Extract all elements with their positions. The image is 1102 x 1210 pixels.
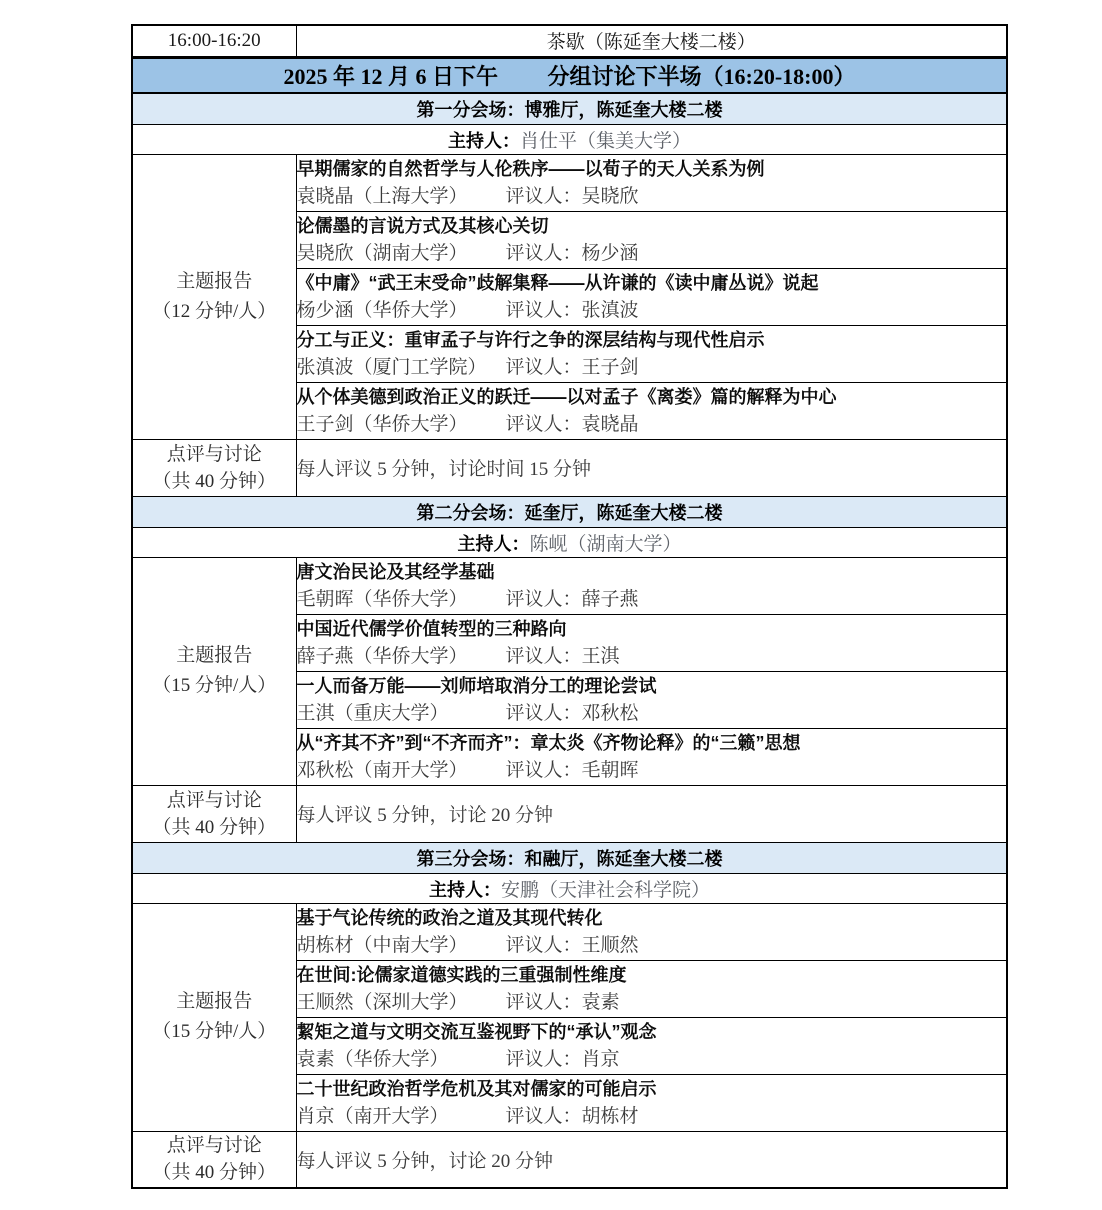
talk-title: 一人而备万能——刘师培取消分工的理论尝试 [297,673,1007,700]
discussion-row: 点评与讨论 （共 40 分钟） 每人评议 5 分钟，讨论时间 15 分钟 [132,439,1007,496]
session-2-role-cell: 主题报告 （15 分钟/人） [132,557,296,785]
schedule-table: 16:00-16:20 茶歇（陈延奎大楼二楼） 2025 年 12 月 6 日下… [131,24,1008,1189]
talk-reviewer: 评议人：肖京 [506,1046,1007,1073]
talk-cell: 从“齐其不齐”到“不齐而齐”：章太炎《齐物论释》的“三籁”思想 邓秋松（南开大学… [296,728,1007,785]
talk-reviewer: 评议人：杨少涵 [506,240,1007,267]
discussion-label-cell: 点评与讨论 （共 40 分钟） [132,785,296,842]
discussion-row: 点评与讨论 （共 40 分钟） 每人评议 5 分钟，讨论 20 分钟 [132,1131,1007,1188]
talk-speaker: 薛子燕（华侨大学） [297,643,506,670]
talk-reviewer: 评议人：张滇波 [506,297,1007,324]
role-sub: （15 分钟/人） [133,1017,296,1047]
session-3-role-cell: 主题报告 （15 分钟/人） [132,903,296,1131]
talk-reviewer: 评议人：袁素 [506,989,1007,1016]
talk-reviewer: 评议人：王淇 [506,643,1007,670]
role-label: 主题报告 [133,641,296,671]
session-2-header: 第二分会场：延奎厅，陈延奎大楼二楼 [132,496,1007,527]
session-1-moderator-row: 主持人：肖仕平（集美大学） [132,124,1007,154]
discussion-sub: （共 40 分钟） [133,468,296,495]
discussion-sub: （共 40 分钟） [133,1159,296,1186]
talk-title: 二十世纪政治哲学危机及其对儒家的可能启示 [297,1076,1007,1103]
role-label: 主题报告 [133,267,296,297]
talk-title: 早期儒家的自然哲学与人伦秩序——以荀子的天人关系为例 [297,156,1007,183]
talk-speaker: 邓秋松（南开大学） [297,757,506,784]
tea-break-label: 茶歇（陈延奎大楼二楼） [296,25,1007,57]
discussion-note: 每人评议 5 分钟，讨论 20 分钟 [296,785,1007,842]
tea-break-row: 16:00-16:20 茶歇（陈延奎大楼二楼） [132,25,1007,57]
talk-reviewer: 评议人：毛朝晖 [506,757,1007,784]
talk-title: 从“齐其不齐”到“不齐而齐”：章太炎《齐物论释》的“三籁”思想 [297,730,1007,757]
discussion-label: 点评与讨论 [133,441,296,468]
tea-break-time: 16:00-16:20 [132,25,296,57]
talk-speaker: 毛朝晖（华侨大学） [297,586,506,613]
session-3-header-row: 第三分会场：和融厅，陈延奎大楼二楼 [132,842,1007,873]
talk-speaker: 肖京（南开大学） [297,1103,506,1130]
role-sub: （12 分钟/人） [133,297,296,327]
session-2-header-row: 第二分会场：延奎厅，陈延奎大楼二楼 [132,496,1007,527]
talk-title: 分工与正义：重审孟子与许行之争的深层结构与现代性启示 [297,327,1007,354]
discussion-label: 点评与讨论 [133,1132,296,1159]
talk-cell: 二十世纪政治哲学危机及其对儒家的可能启示 肖京（南开大学）评议人：胡栋材 [296,1074,1007,1131]
talk-title: 《中庸》“武王末受命”歧解集释——从许谦的《读中庸丛说》说起 [297,270,1007,297]
talk-cell: 中国近代儒学价值转型的三种路向 薛子燕（华侨大学）评议人：王淇 [296,614,1007,671]
talk-row: 主题报告 （15 分钟/人） 基于气论传统的政治之道及其现代转化 胡栋材（中南大… [132,903,1007,960]
talk-reviewer: 评议人：王顺然 [506,932,1007,959]
moderator-label: 主持人： [457,534,529,554]
talk-reviewer: 评议人：王子剑 [506,354,1007,381]
talk-title: 论儒墨的言说方式及其核心关切 [297,213,1007,240]
talk-speaker: 王顺然（深圳大学） [297,989,506,1016]
talk-speaker: 张滇波（厦门工学院） [297,354,506,381]
talk-title: 絜矩之道与文明交流互鉴视野下的“承认”观念 [297,1019,1007,1046]
talk-cell: 从个体美德到政治正义的跃迁——以对孟子《离娄》篇的解释为中心 王子剑（华侨大学）… [296,382,1007,439]
talk-title: 中国近代儒学价值转型的三种路向 [297,616,1007,643]
session-3-header: 第三分会场：和融厅，陈延奎大楼二楼 [132,842,1007,873]
talk-cell: 唐文治民论及其经学基础 毛朝晖（华侨大学）评议人：薛子燕 [296,557,1007,614]
talk-cell: 在世间:论儒家道德实践的三重强制性维度 王顺然（深圳大学）评议人：袁素 [296,960,1007,1017]
talk-reviewer: 评议人：薛子燕 [506,586,1007,613]
session-2-moderator-row: 主持人：陈岘（湖南大学） [132,527,1007,557]
moderator-label: 主持人： [429,880,501,900]
discussion-sub: （共 40 分钟） [133,814,296,841]
talk-title: 基于气论传统的政治之道及其现代转化 [297,905,1007,932]
session-1-header-row: 第一分会场：博雅厅，陈延奎大楼二楼 [132,93,1007,124]
moderator-name: 肖仕平（集美大学） [520,131,691,152]
talk-speaker: 王子剑（华侨大学） [297,411,506,438]
talk-cell: 早期儒家的自然哲学与人伦秩序——以荀子的天人关系为例 袁晓晶（上海大学）评议人：… [296,154,1007,211]
moderator-name: 陈岘（湖南大学） [529,534,681,555]
discussion-note: 每人评议 5 分钟，讨论时间 15 分钟 [296,439,1007,496]
talk-speaker: 袁晓晶（上海大学） [297,183,506,210]
talk-speaker: 吴晓欣（湖南大学） [297,240,506,267]
talk-speaker: 袁素（华侨大学） [297,1046,506,1073]
talk-speaker: 杨少涵（华侨大学） [297,297,506,324]
talk-reviewer: 评议人：吴晓欣 [506,183,1007,210]
talk-row: 主题报告 （15 分钟/人） 唐文治民论及其经学基础 毛朝晖（华侨大学）评议人：… [132,557,1007,614]
discussion-row: 点评与讨论 （共 40 分钟） 每人评议 5 分钟，讨论 20 分钟 [132,785,1007,842]
discussion-label-cell: 点评与讨论 （共 40 分钟） [132,439,296,496]
talk-speaker: 胡栋材（中南大学） [297,932,506,959]
talk-cell: 一人而备万能——刘师培取消分工的理论尝试 王淇（重庆大学）评议人：邓秋松 [296,671,1007,728]
talk-cell: 分工与正义：重审孟子与许行之争的深层结构与现代性启示 张滇波（厦门工学院）评议人… [296,325,1007,382]
date-header-row: 2025 年 12 月 6 日下午 分组讨论下半场（16:20-18:00） [132,57,1007,93]
discussion-label: 点评与讨论 [133,787,296,814]
talk-speaker: 王淇（重庆大学） [297,700,506,727]
talk-title: 唐文治民论及其经学基础 [297,559,1007,586]
role-sub: （15 分钟/人） [133,671,296,701]
talk-cell: 絜矩之道与文明交流互鉴视野下的“承认”观念 袁素（华侨大学）评议人：肖京 [296,1017,1007,1074]
moderator-name: 安鹏（天津社会科学院） [501,880,710,901]
session-3-moderator-row: 主持人：安鹏（天津社会科学院） [132,873,1007,903]
talk-row: 主题报告 （12 分钟/人） 早期儒家的自然哲学与人伦秩序——以荀子的天人关系为… [132,154,1007,211]
session-1-role-cell: 主题报告 （12 分钟/人） [132,154,296,439]
talk-cell: 基于气论传统的政治之道及其现代转化 胡栋材（中南大学）评议人：王顺然 [296,903,1007,960]
moderator-label: 主持人： [448,131,520,151]
talk-title: 在世间:论儒家道德实践的三重强制性维度 [297,962,1007,989]
discussion-label-cell: 点评与讨论 （共 40 分钟） [132,1131,296,1188]
talk-reviewer: 评议人：胡栋材 [506,1103,1007,1130]
talk-reviewer: 评议人：邓秋松 [506,700,1007,727]
talk-cell: 《中庸》“武王末受命”歧解集释——从许谦的《读中庸丛说》说起 杨少涵（华侨大学）… [296,268,1007,325]
talk-title: 从个体美德到政治正义的跃迁——以对孟子《离娄》篇的解释为中心 [297,384,1007,411]
date-header: 2025 年 12 月 6 日下午 分组讨论下半场（16:20-18:00） [132,57,1007,93]
role-label: 主题报告 [133,987,296,1017]
session-1-header: 第一分会场：博雅厅，陈延奎大楼二楼 [132,93,1007,124]
discussion-note: 每人评议 5 分钟，讨论 20 分钟 [296,1131,1007,1188]
talk-cell: 论儒墨的言说方式及其核心关切 吴晓欣（湖南大学）评议人：杨少涵 [296,211,1007,268]
talk-reviewer: 评议人：袁晓晶 [506,411,1007,438]
document-page: 16:00-16:20 茶歇（陈延奎大楼二楼） 2025 年 12 月 6 日下… [0,0,1102,1210]
